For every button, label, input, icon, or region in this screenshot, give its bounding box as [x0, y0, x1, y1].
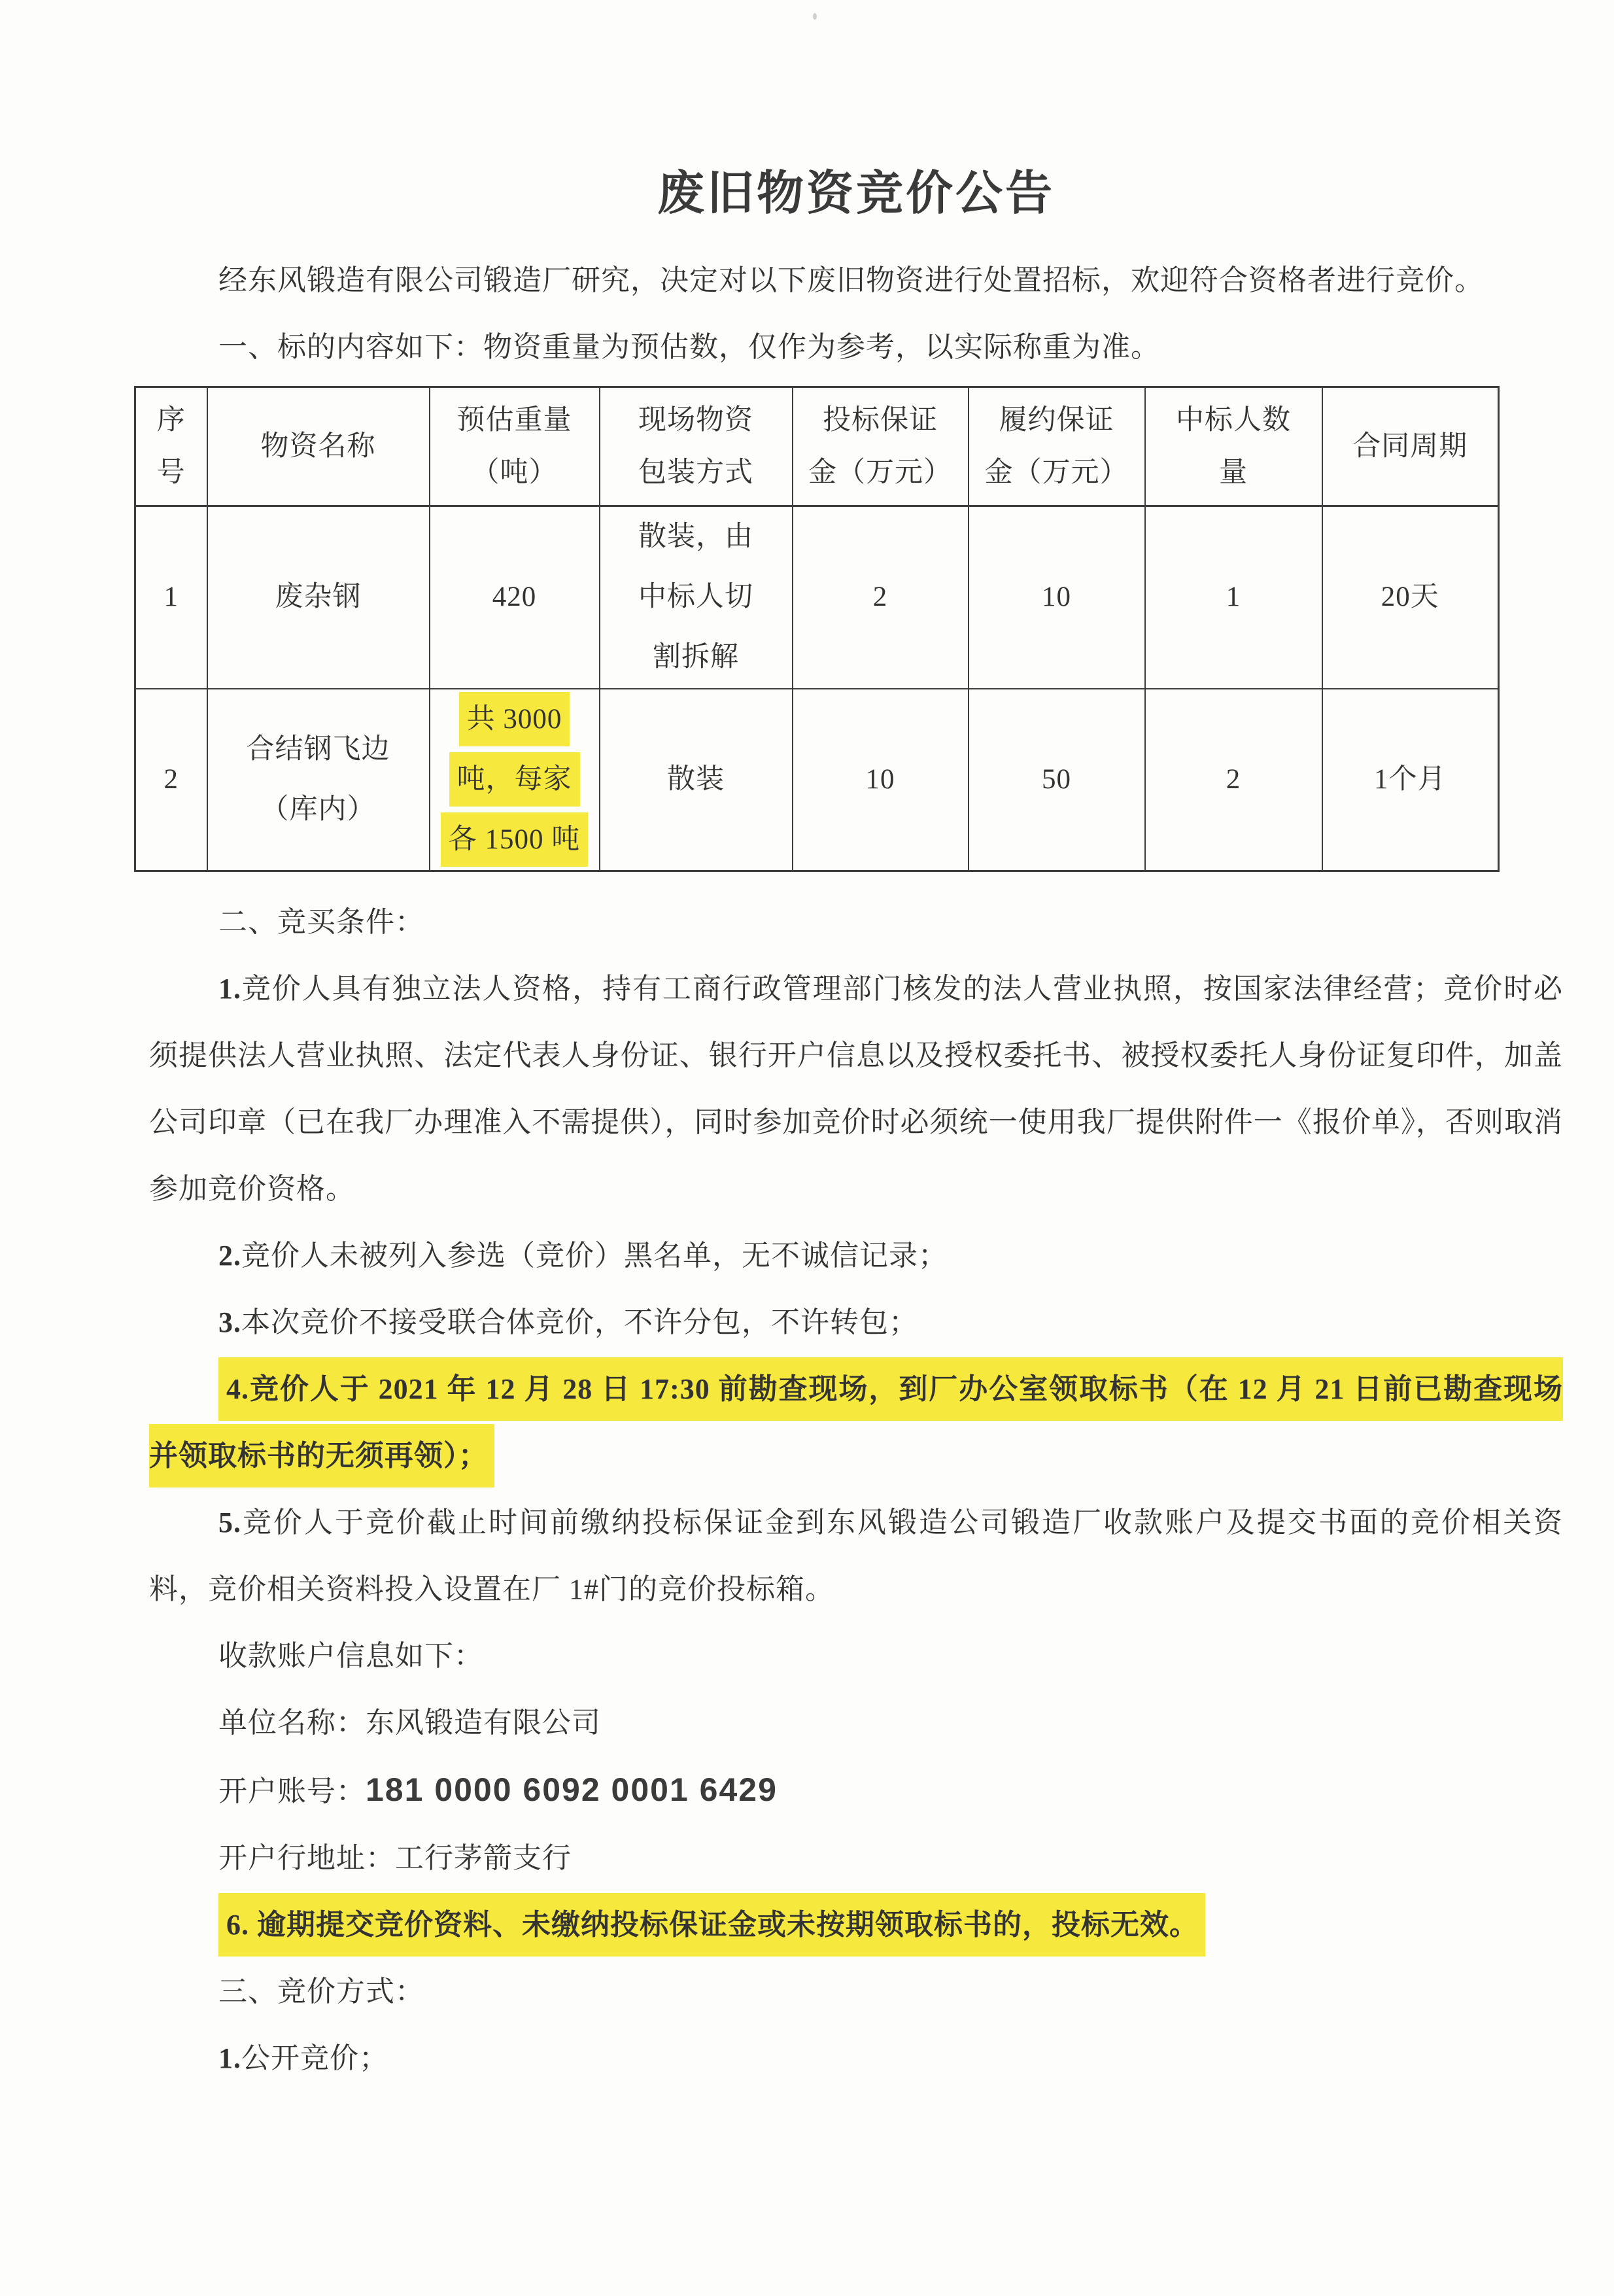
cell-bid-deposit: 2 — [793, 506, 969, 689]
header-serial: 序 号 — [135, 387, 207, 506]
header-winner-count: 中标人数 量 — [1145, 387, 1322, 506]
cell-material-name: 合结钢飞边 （库内） — [207, 689, 430, 871]
item-number: 4. — [226, 1373, 249, 1405]
cell-bid-deposit: 10 — [793, 689, 969, 871]
item-number: 1. — [218, 2042, 241, 2074]
item-number: 1. — [218, 973, 241, 1005]
highlight-weight-line: 吨，每家 — [449, 752, 580, 807]
section3-heading: 三、竞价方式： — [149, 1958, 1563, 2025]
cell-winner-count: 2 — [1145, 689, 1322, 871]
cell-estimated-weight: 420 — [430, 506, 600, 689]
item-text: 竞价人未被列入参选（竞价）黑名单，无不诚信记录； — [241, 1240, 948, 1272]
section1-heading: 一、标的内容如下：物资重量为预估数，仅作为参考，以实际称重为准。 — [149, 314, 1563, 381]
header-material-name: 物资名称 — [207, 387, 430, 506]
condition-item-5: 5.竞价人于竞价截止时间前缴纳投标保证金到东风锻造公司锻造厂收款账户及提交书面的… — [149, 1489, 1563, 1623]
cell-material-name: 废杂钢 — [207, 506, 430, 689]
account-number-label: 开户账号： — [218, 1775, 366, 1807]
header-packing-method: 现场物资 包装方式 — [600, 387, 793, 506]
condition-item-2: 2.竞价人未被列入参选（竞价）黑名单，无不诚信记录； — [149, 1223, 1563, 1289]
highlight-band: 4.竞价人于 2021 年 12 月 28 日 17:30 前勘查现场，到厂办公… — [149, 1357, 1563, 1487]
page-title: 废旧物资竞价公告 — [149, 164, 1563, 224]
item-text: 竞价人具有独立法人资格，持有工商行政管理部门核发的法人营业执照，按国家法律经营；… — [149, 973, 1563, 1205]
item-text: 本次竞价不接受联合体竞价，不许分包，不许转包； — [241, 1306, 918, 1338]
table-row: 1 废杂钢 420 散装，由 中标人切 割拆解 2 10 1 20天 — [135, 506, 1499, 689]
cell-serial: 1 — [135, 506, 207, 689]
cell-contract-period: 1个月 — [1322, 689, 1499, 871]
header-estimated-weight: 预估重量 （吨） — [430, 387, 600, 506]
cell-contract-period: 20天 — [1322, 506, 1499, 689]
section2-heading: 二、竞买条件： — [149, 889, 1563, 956]
bank-address-label: 开户行地址： — [218, 1842, 395, 1874]
document-page: 废旧物资竞价公告 经东风锻造有限公司锻造厂研究，决定对以下废旧物资进行处置招标，… — [0, 0, 1614, 2296]
bidding-method-item-1: 1.公开竞价； — [149, 2025, 1563, 2092]
highlight-weight-line: 各 1500 吨 — [441, 812, 589, 867]
item-number: 3. — [218, 1306, 241, 1338]
item-text: 竞价人于竞价截止时间前缴纳投标保证金到东风锻造公司锻造厂收款账户及提交书面的竞价… — [149, 1506, 1563, 1605]
header-bid-deposit: 投标保证 金（万元） — [793, 387, 969, 506]
table-header-row: 序 号 物资名称 预估重量 （吨） 现场物资 包装方式 投标保证 金（万元） — [135, 387, 1499, 506]
scan-artifact-dot — [813, 13, 817, 20]
cell-packing-method: 散装，由 中标人切 割拆解 — [600, 506, 793, 689]
item-number: 2. — [218, 1240, 241, 1272]
bank-address-value: 工行茅箭支行 — [395, 1842, 572, 1874]
condition-item-3: 3.本次竞价不接受联合体竞价，不许分包，不许转包； — [149, 1289, 1563, 1356]
cell-estimated-weight-highlighted: 共 3000 吨，每家 各 1500 吨 — [430, 689, 600, 871]
condition-item-4-highlighted: 4.竞价人于 2021 年 12 月 28 日 17:30 前勘查现场，到厂办公… — [149, 1356, 1563, 1489]
item-number: 5. — [218, 1506, 241, 1539]
lots-table: 序 号 物资名称 预估重量 （吨） 现场物资 包装方式 投标保证 金（万元） — [134, 386, 1500, 872]
table-row: 2 合结钢飞边 （库内） 共 3000 吨，每家 各 1500 吨 散装 10 … — [135, 689, 1499, 871]
item-text: 公开竞价； — [241, 2042, 388, 2074]
account-number-value: 181 0000 6092 0001 6429 — [366, 1771, 778, 1808]
intro-paragraph: 经东风锻造有限公司锻造厂研究，决定对以下废旧物资进行处置招标，欢迎符合资格者进行… — [149, 247, 1563, 314]
cell-performance-deposit: 10 — [969, 506, 1145, 689]
cell-packing-method: 散装 — [600, 689, 793, 871]
cell-performance-deposit: 50 — [969, 689, 1145, 871]
account-name-label: 单位名称： — [218, 1707, 366, 1739]
account-name-value: 东风锻造有限公司 — [366, 1707, 601, 1739]
condition-item-1: 1.竞价人具有独立法人资格，持有工商行政管理部门核发的法人营业执照，按国家法律经… — [149, 956, 1563, 1223]
header-performance-deposit: 履约保证 金（万元） — [969, 387, 1145, 506]
account-name-line: 单位名称：东风锻造有限公司 — [149, 1690, 1563, 1756]
cell-winner-count: 1 — [1145, 506, 1322, 689]
item-number: 6. — [226, 1909, 249, 1941]
condition-item-6-highlighted: 6. 逾期提交竞价资料、未缴纳投标保证金或未按期领取标书的，投标无效。 — [149, 1892, 1563, 1958]
highlight-weight-line: 共 3000 — [459, 692, 570, 746]
account-number-line: 开户账号：181 0000 6092 0001 6429 — [149, 1756, 1563, 1825]
header-contract-period: 合同周期 — [1322, 387, 1499, 506]
item-text: 竞价人于 2021 年 12 月 28 日 17:30 前勘查现场，到厂办公室领… — [149, 1373, 1563, 1472]
bank-address-line: 开户行地址：工行茅箭支行 — [149, 1825, 1563, 1892]
highlight-band: 6. 逾期提交竞价资料、未缴纳投标保证金或未按期领取标书的，投标无效。 — [218, 1893, 1205, 1957]
item-text: 逾期提交竞价资料、未缴纳投标保证金或未按期领取标书的，投标无效。 — [249, 1909, 1199, 1941]
cell-serial: 2 — [135, 689, 207, 871]
account-info-intro: 收款账户信息如下： — [149, 1623, 1563, 1690]
